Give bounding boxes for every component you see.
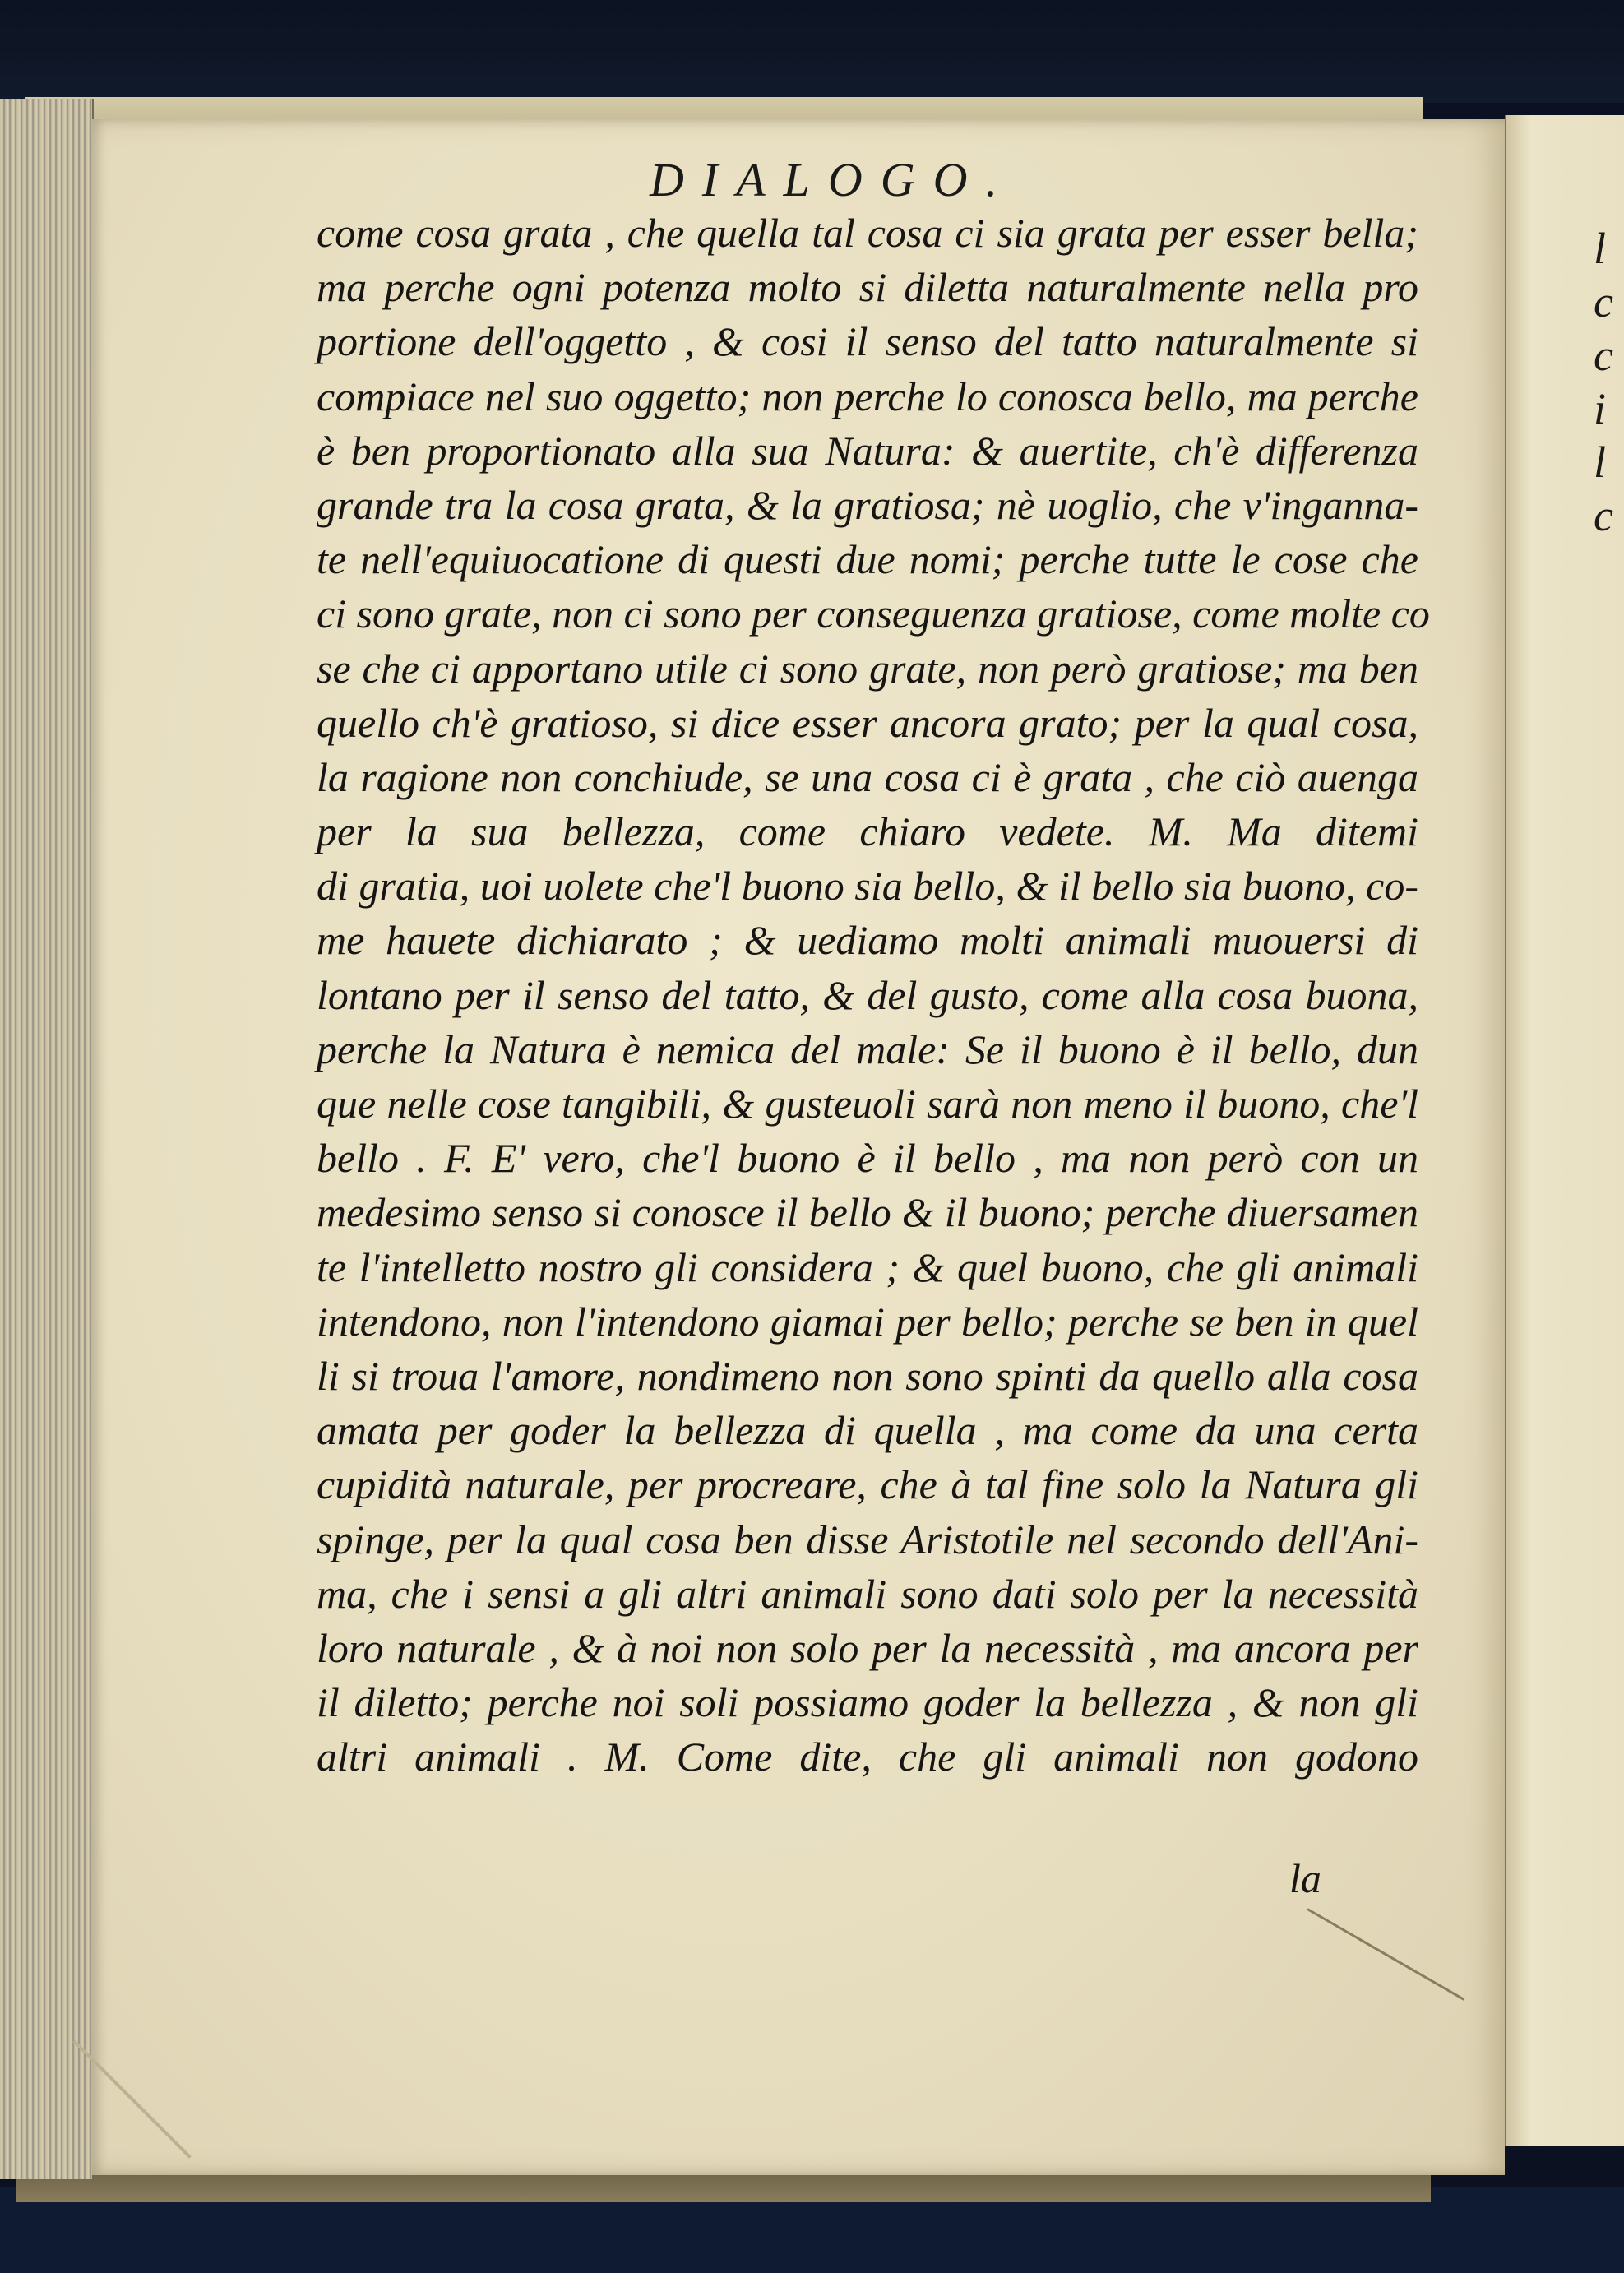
text-line: come cosa grata , che quella tal cosa ci…	[317, 206, 1418, 260]
text-line: li si troua l'amore, nondimeno non sono …	[317, 1349, 1418, 1403]
text-line: amata per goder la bellezza di quella , …	[317, 1403, 1418, 1457]
text-line: medesimo senso si conosce il bello & il …	[317, 1185, 1418, 1239]
text-line: grande tra la cosa grata, & la gratiosa;…	[317, 478, 1418, 532]
facing-letter: i	[1594, 382, 1624, 436]
text-line: spinge, per la qual cosa ben disse Arist…	[317, 1512, 1418, 1567]
text-line: il diletto; perche noi soli possiamo god…	[317, 1675, 1418, 1729]
text-line: altri animali . M. Come dite, che gli an…	[317, 1729, 1418, 1784]
text-line: bello . F. E' vero, che'l buono è il bel…	[317, 1131, 1418, 1185]
facing-letter: c	[1594, 489, 1624, 543]
text-line: ci sono grate, non ci sono per conseguen…	[317, 586, 1418, 641]
text-line: cupidità naturale, per procreare, che à …	[317, 1457, 1418, 1511]
text-line: è ben proportionato alla sua Natura: & a…	[317, 424, 1418, 478]
text-line: per la sua bellezza, come chiaro vedete.…	[317, 804, 1418, 859]
text-line: quello ch'è gratioso, si dice esser anco…	[317, 696, 1418, 750]
text-line: di gratia, uoi uolete che'l buono sia be…	[317, 859, 1418, 913]
text-line: intendono, non l'intendono giamai per be…	[317, 1294, 1418, 1349]
text-line: que nelle cose tangibili, & gusteuoli sa…	[317, 1076, 1418, 1131]
text-line: se che ci apportano utile ci sono grate,…	[317, 641, 1418, 696]
text-line: ma perche ogni potenza molto si diletta …	[317, 260, 1418, 314]
facing-letter: c	[1594, 329, 1624, 382]
text-line: te l'intelletto nostro gli considera ; &…	[317, 1240, 1418, 1294]
facing-letter: c	[1594, 275, 1624, 329]
page-stack-edges	[0, 99, 94, 2179]
text-line: ma, che i sensi a gli altri animali sono…	[317, 1567, 1418, 1621]
text-line: portione dell'oggetto , & cosi il senso …	[317, 314, 1418, 368]
facing-page-text: l c c i l c	[1594, 222, 1624, 543]
text-line: loro naturale , & à noi non solo per la …	[317, 1621, 1418, 1675]
body-text: come cosa grata , che quella tal cosa ci…	[317, 206, 1418, 1784]
facing-letter: l	[1594, 436, 1624, 489]
text-line: lontano per il senso del tatto, & del gu…	[317, 968, 1418, 1022]
text-line: perche la Natura è nemica del male: Se i…	[317, 1022, 1418, 1076]
text-line: te nell'equiuocatione di questi due nomi…	[317, 532, 1418, 586]
catchword: la	[1289, 1854, 1321, 1902]
facing-letter: l	[1594, 222, 1624, 275]
running-head: DIALOGO.	[650, 152, 1016, 207]
text-line: me hauete dichiarato ; & uediamo molti a…	[317, 913, 1418, 967]
text-line: la ragione non conchiude, se una cosa ci…	[317, 750, 1418, 804]
text-line: compiace nel suo oggetto; non perche lo …	[317, 369, 1418, 424]
scan-background-top	[0, 0, 1624, 103]
